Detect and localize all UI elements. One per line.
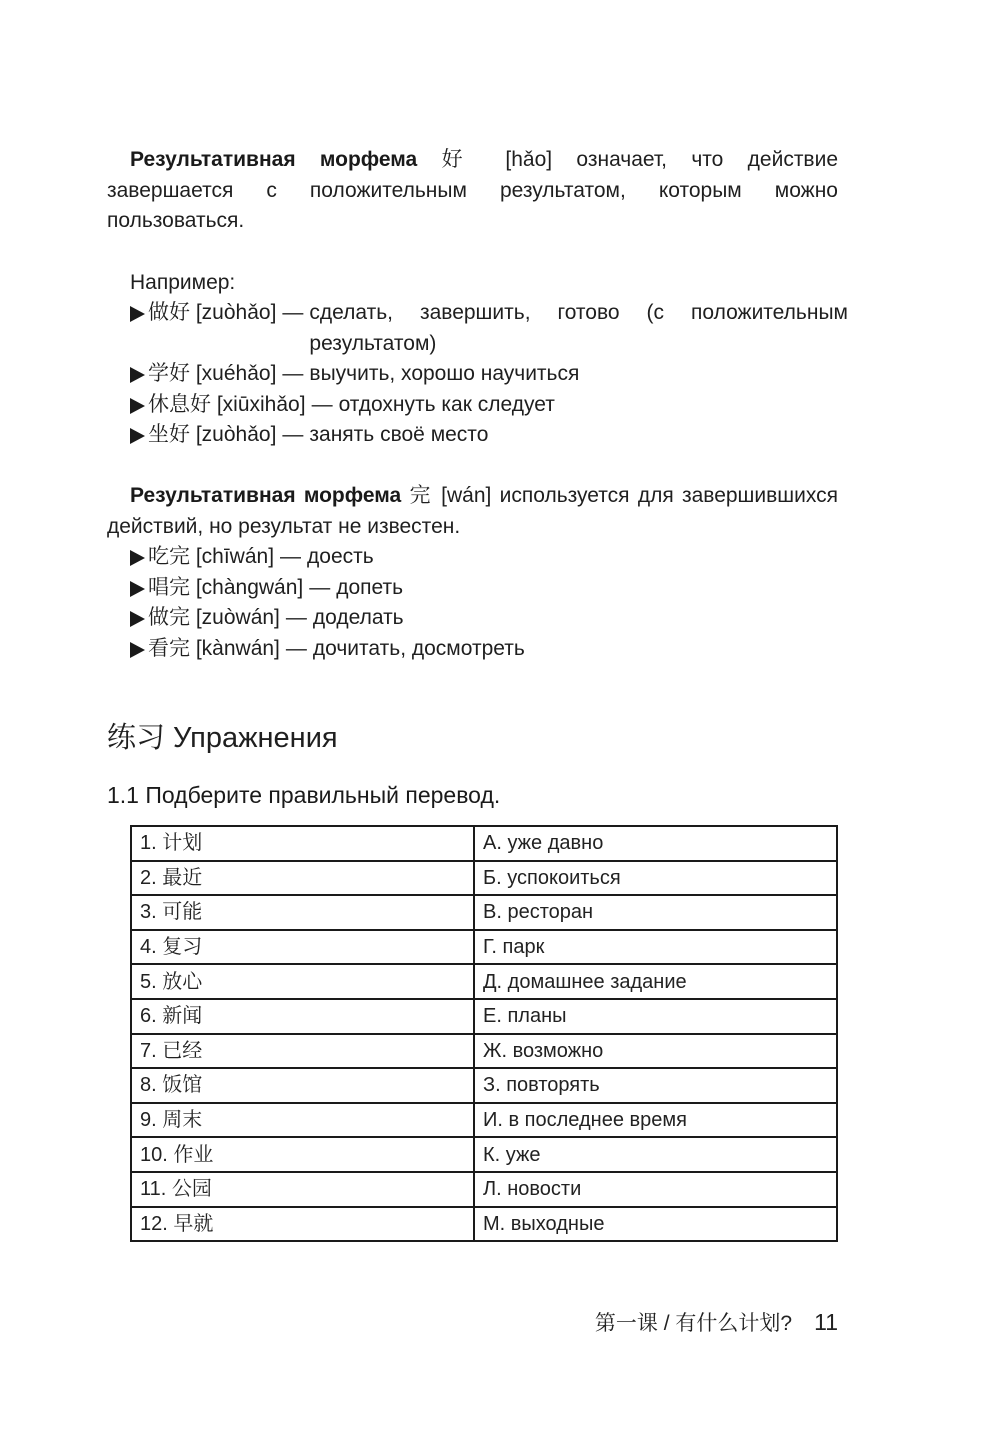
table-row: 10. 作业К. уже [131,1137,837,1172]
example-term: 做完 [zuòwán] [148,603,280,634]
chinese-word-cell: 12. 早就 [131,1207,474,1242]
em-dash: — [286,603,307,634]
table-row: 9. 周末И. в последнее время [131,1103,837,1138]
table-row: 12. 早就М. выходные [131,1207,837,1242]
book-page: Результативная морфема 好 [hǎo] означает,… [0,0,986,1447]
example-meaning: доделать [313,603,848,634]
list-item: 做好 [zuòhǎo] — сделать, завершить, готово… [130,298,848,359]
term-bold: Результативная морфема [130,148,417,171]
table-row: 1. 计划А. уже давно [131,826,837,861]
page-number: 11 [814,1309,838,1335]
translation-cell: Г. парк [474,930,837,965]
example-meaning: допеть [336,573,848,604]
triangle-bullet-icon [130,398,145,414]
triangle-bullet-icon [130,611,145,627]
translation-cell: И. в последнее время [474,1103,837,1138]
translation-cell: К. уже [474,1137,837,1172]
example-term: 唱完 [chàngwán] [148,573,303,604]
example-term: 吃完 [chīwán] [148,542,274,573]
example-meaning: выучить, хорошо научиться [309,359,848,390]
table-row: 6. 新闻Е. планы [131,999,837,1034]
example-term: 休息好 [xiūxihǎo] [148,390,306,421]
term-bold: Результативная морфема [130,484,401,507]
list-item: 学好 [xuéhǎo] — выучить, хорошо научиться [130,359,848,390]
example-meaning: занять своё место [309,420,848,451]
example-meaning: дочитать, досмотреть [313,634,848,665]
chinese-word-cell: 10. 作业 [131,1137,474,1172]
list-item: 吃完 [chīwán] — доесть [130,542,848,573]
wan-example-list: 吃完 [chīwán] — доесть 唱完 [chàngwán] — доп… [130,542,848,664]
list-item: 看完 [kànwán] — дочитать, досмотреть [130,634,848,665]
hao-example-list: 做好 [zuòhǎo] — сделать, завершить, готово… [130,298,848,451]
example-term: 看完 [kànwán] [148,634,280,665]
translation-cell: В. ресторан [474,895,837,930]
translation-cell: Л. новости [474,1172,837,1207]
chinese-word-cell: 5. 放心 [131,964,474,999]
chinese-word-cell: 11. 公园 [131,1172,474,1207]
paragraph-wan-intro: Результативная морфема 完 [wán] используе… [107,481,838,542]
example-meaning: доесть [307,542,848,573]
example-label: Например: [130,268,235,298]
running-title: 第一课 / 有什么计划? [595,1312,792,1335]
translation-cell: Ж. возможно [474,1034,837,1069]
page-footer: 第一课 / 有什么计划?11 [595,1306,838,1340]
chinese-word-cell: 2. 最近 [131,861,474,896]
exercise-title: 1.1 Подберите правильный перевод. [107,778,500,812]
section-title: 练习 Упражнения [107,718,338,758]
list-item: 做完 [zuòwán] — доделать [130,603,848,634]
translation-cell: З. повторять [474,1068,837,1103]
em-dash: — [282,420,303,451]
list-item: 坐好 [zuòhǎo] — занять своё место [130,420,848,451]
triangle-bullet-icon [130,550,145,566]
em-dash: — [312,390,333,421]
triangle-bullet-icon [130,367,145,383]
translation-cell: Б. успокоиться [474,861,837,896]
table-row: 8. 饭馆З. повторять [131,1068,837,1103]
list-item: 唱完 [chàngwán] — допеть [130,573,848,604]
translation-cell: М. выходные [474,1207,837,1242]
table-row: 2. 最近Б. успокоиться [131,861,837,896]
chinese-word-cell: 6. 新闻 [131,999,474,1034]
list-item: 休息好 [xiūxihǎo] — отдохнуть как следует [130,390,848,421]
table-row: 7. 已经Ж. возможно [131,1034,837,1069]
em-dash: — [282,298,303,329]
example-term: 坐好 [zuòhǎo] [148,420,276,451]
example-meaning: сделать, завершить, готово (с положитель… [309,298,848,359]
chinese-word-cell: 3. 可能 [131,895,474,930]
chinese-word-cell: 9. 周末 [131,1103,474,1138]
triangle-bullet-icon [130,306,145,322]
paragraph-hao-intro: Результативная морфема 好 [hǎo] означает,… [107,145,838,237]
em-dash: — [286,634,307,665]
triangle-bullet-icon [130,428,145,444]
em-dash: — [309,573,330,604]
em-dash: — [280,542,301,573]
chinese-word-cell: 7. 已经 [131,1034,474,1069]
table-row: 3. 可能В. ресторан [131,895,837,930]
chinese-word-cell: 1. 计划 [131,826,474,861]
example-term: 做好 [zuòhǎo] [148,298,276,329]
chinese-word-cell: 8. 饭馆 [131,1068,474,1103]
matching-table: 1. 计划А. уже давно 2. 最近Б. успокоиться 3.… [130,825,838,1242]
table-row: 4. 复习Г. парк [131,930,837,965]
em-dash: — [282,359,303,390]
table-row: 11. 公园Л. новости [131,1172,837,1207]
example-term: 学好 [xuéhǎo] [148,359,276,390]
table-row: 5. 放心Д. домашнее задание [131,964,837,999]
translation-cell: Д. домашнее задание [474,964,837,999]
translation-cell: А. уже давно [474,826,837,861]
triangle-bullet-icon [130,642,145,658]
example-meaning: отдохнуть как следует [339,390,848,421]
translation-cell: Е. планы [474,999,837,1034]
triangle-bullet-icon [130,581,145,597]
chinese-word-cell: 4. 复习 [131,930,474,965]
